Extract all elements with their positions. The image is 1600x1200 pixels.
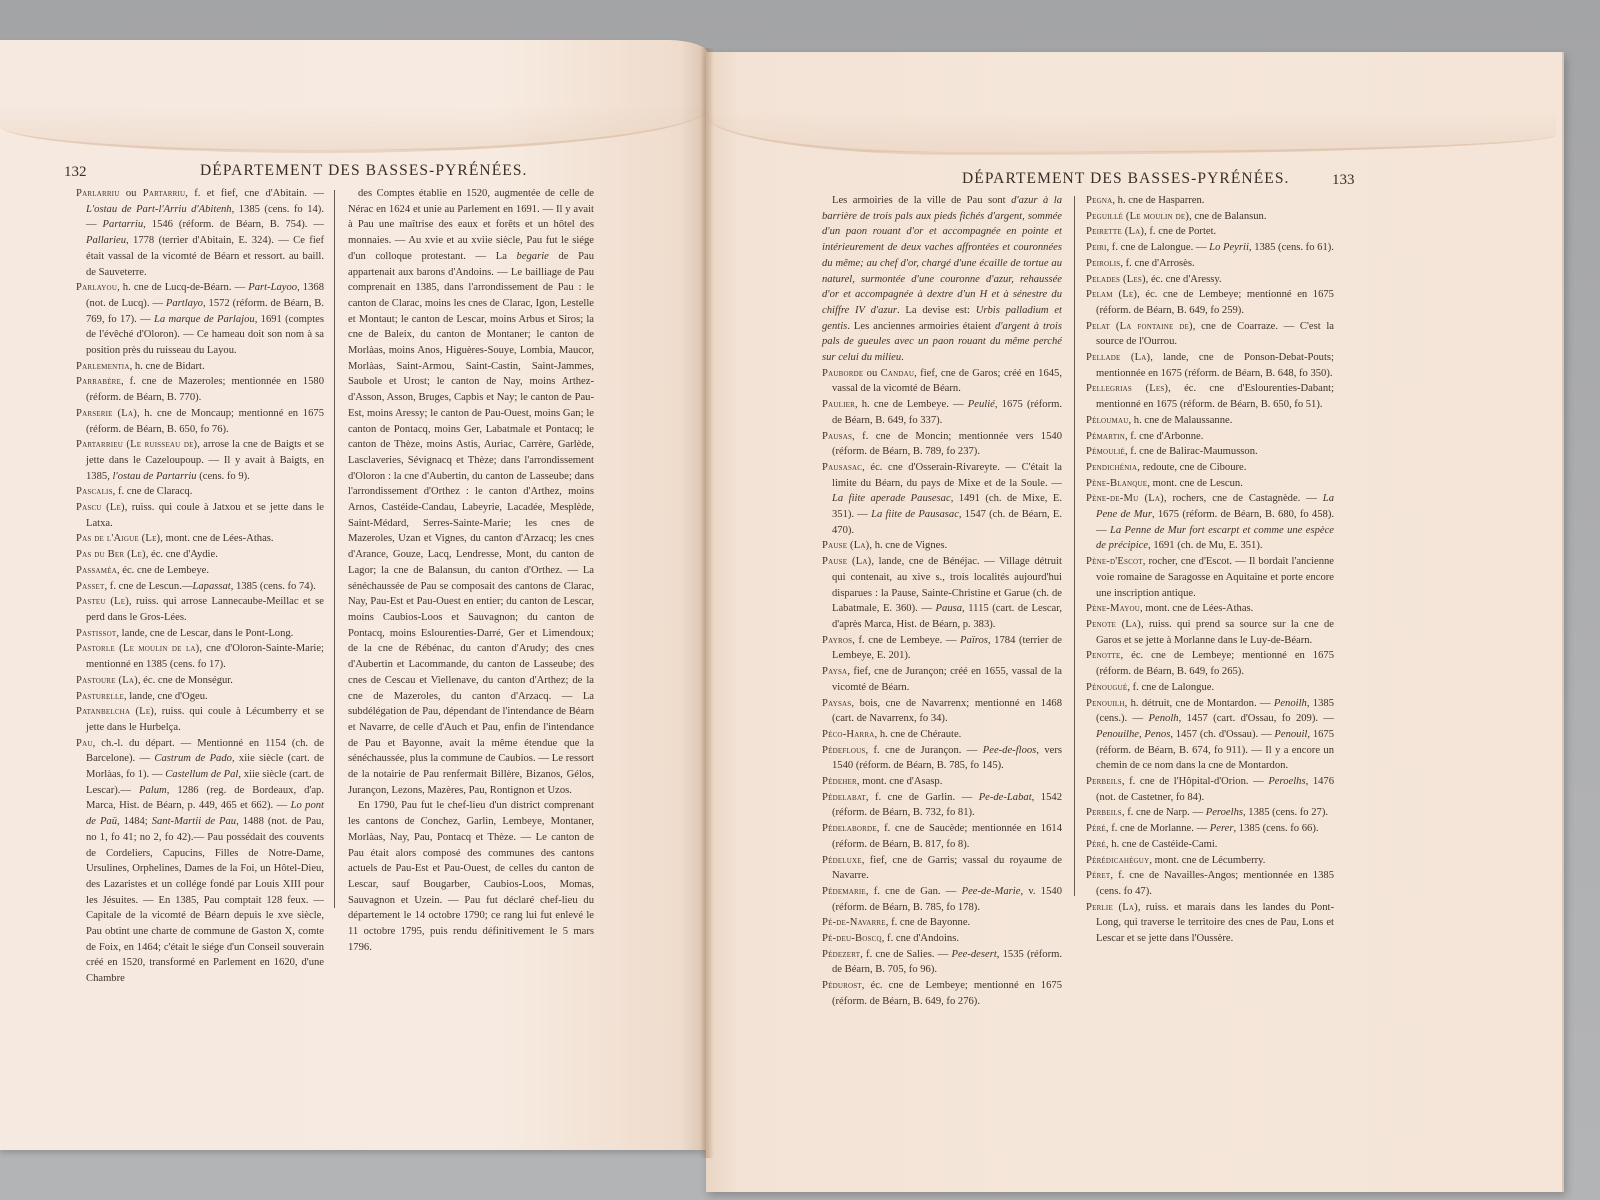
entry-headword: Pastissot	[76, 628, 116, 639]
dictionary-entry: Pédezert, f. cne de Salies. — Pee-desert…	[822, 947, 1062, 978]
entry-headword: Pelades (Les)	[1086, 274, 1146, 285]
entry-headword: Patanbelcha (Le)	[76, 706, 154, 717]
entry-headword: Pegna	[1086, 195, 1112, 206]
entry-text: , f. cne de Claracq.	[113, 486, 193, 497]
paragraph: des Comptes établie en 1520, augmentée d…	[348, 186, 594, 798]
entry-headword: Penotte	[1086, 650, 1121, 661]
entry-text: , lande, cne de Lescar, dans le Pont-Lon…	[116, 628, 293, 639]
running-head-left: DÉPARTEMENT DES BASSES-PYRÉNÉES.	[200, 162, 528, 180]
entry-text: , 1385 (cens. fo 61).	[1249, 242, 1334, 253]
entry-headword: Pé-de-Navarre	[822, 917, 886, 928]
water-stain-left	[0, 40, 708, 153]
entry-headword: Pasturelle	[76, 691, 124, 702]
dictionary-entry: Parlementia, h. cne de Bidart.	[76, 359, 324, 375]
entry-headword: Penouilh	[1086, 698, 1125, 709]
entry-headword: Peirolis	[1086, 258, 1120, 269]
dictionary-entry: Pène-d'Escot, rocher, cne d'Escot. — Il …	[1086, 554, 1334, 601]
entry-text: , éc. cne de Lembeye.	[117, 565, 209, 576]
entry-text: , lande, cne d'Ogeu.	[124, 691, 208, 702]
dictionary-entry: Peirolis, f. cne d'Arrosès.	[1086, 256, 1334, 272]
historical-form: d'azur à la barrière de trois pals aux p…	[822, 195, 1062, 316]
entry-headword: Pendichénia	[1086, 462, 1137, 473]
dictionary-entry: Penotte, éc. cne de Lembeye; mentionné e…	[1086, 648, 1334, 679]
dictionary-entry: Patanbelcha (Le), ruiss. qui coule à Léc…	[76, 704, 324, 735]
historical-form: Penouilhe, Penos	[1096, 729, 1170, 740]
dictionary-entry: Pédeher, mont. cne d'Asasp.	[822, 774, 1062, 790]
historical-form: Pausa	[936, 603, 962, 614]
entry-headword: Perbeils	[1086, 776, 1122, 787]
entry-headword: Pause (La)	[822, 540, 869, 551]
entry-headword: Pé-deu-Boscq	[822, 933, 882, 944]
entry-text: , f. cne de Balirac-Maumusson.	[1125, 446, 1258, 457]
entry-text: , h. cne de Chéraute.	[875, 729, 962, 740]
entry-headword: Pause (La)	[822, 556, 871, 567]
entry-text: , f. cne de Garlin. —	[866, 792, 979, 803]
dictionary-entry: Pasteu (Le), ruiss. qui arrose Lannecaub…	[76, 594, 324, 625]
dictionary-entry: Péloumau, h. cne de Malaussanne.	[1086, 413, 1334, 429]
entry-headword: Pène-d'Escot	[1086, 556, 1143, 567]
entry-headword: Péré	[1086, 839, 1106, 850]
dictionary-entry: Pérédicahéguy, mont. cne de Lécumberry.	[1086, 853, 1334, 869]
dictionary-entry: Pendichénia, redoute, cne de Ciboure.	[1086, 460, 1334, 476]
dictionary-entry: Peguillé (Le moulin de), cne de Balansun…	[1086, 209, 1334, 225]
dictionary-entry: Péco-Harra, h. cne de Chéraute.	[822, 727, 1062, 743]
dictionary-entry: Pelat (La fontaine de), cne de Coarraze.…	[1086, 319, 1334, 350]
historical-form: Castellum de Pal	[165, 769, 238, 780]
entry-text: Les armoiries de la ville de Pau sont	[832, 195, 1011, 206]
entry-text: , f. cne de Lalongue. —	[1107, 242, 1210, 253]
entry-text: , éc. cne de Lembeye; mentionné en 1675 …	[1096, 650, 1334, 677]
dictionary-entry: Pé-deu-Boscq, f. cne d'Andoins.	[822, 931, 1062, 947]
entry-text: , mont. cne de Lescun.	[1147, 478, 1243, 489]
dictionary-entry: Peiri, f. cne de Lalongue. — Lo Peyrii, …	[1086, 240, 1334, 256]
entry-headword: Pémoulié	[1086, 446, 1125, 457]
historical-form: begarie	[517, 251, 549, 262]
historical-form: l'ostau de Partarriu	[112, 471, 196, 482]
historical-form: Partarriu	[103, 219, 144, 230]
dictionary-entry: Pegna, h. cne de Hasparren.	[1086, 193, 1334, 209]
entry-headword: Peirette (La)	[1086, 226, 1144, 237]
dictionary-entry: Pauborde ou Candau, fief, cne de Garos; …	[822, 366, 1062, 397]
entry-headword: Pausasac	[822, 462, 862, 473]
dictionary-entry: Pelam (Le), éc. cne de Lembeye; mentionn…	[1086, 287, 1334, 318]
entry-text: , h. cne de Castéide-Cami.	[1106, 839, 1218, 850]
entry-text: , h. cne de Bidart.	[130, 361, 205, 372]
entry-text: ou	[119, 188, 142, 199]
entry-text: , h. cne de Malaussanne.	[1129, 415, 1233, 426]
entry-text: , h. cne de Hasparren.	[1112, 195, 1204, 206]
dictionary-entry: Pédeflous, f. cne de Jurançon. — Pee-de-…	[822, 743, 1062, 774]
historical-form: Sant-Martii de Pau	[152, 816, 236, 827]
entry-text: .	[901, 352, 904, 363]
entry-text: , 1457 (ch. d'Ossau). —	[1170, 729, 1274, 740]
dictionary-entry: Parrabère, f. cne de Mazeroles; mentionn…	[76, 374, 324, 405]
entry-text: , 1385 (cens. fo 74).	[231, 581, 316, 592]
dictionary-entry: Pausasac, éc. cne d'Osserain-Rivareyte. …	[822, 460, 1062, 539]
entry-headword: Pausas	[822, 431, 852, 442]
page-number-left: 132	[64, 164, 87, 181]
entry-text: (cens. fo 9).	[197, 471, 250, 482]
dictionary-entry: Pène-Mayou, mont. cne de Lées-Athas.	[1086, 601, 1334, 617]
historical-form: La fiite de Pausasac	[871, 509, 959, 520]
entry-text: , f. cne de Jurançon. —	[865, 745, 982, 756]
historical-form: Pallarieu	[86, 235, 126, 246]
entry-headword: Pédeher	[822, 776, 857, 787]
entry-headword: Pédelaborde	[822, 823, 877, 834]
entry-text: , 1691 (ch. de Mu, E. 351).	[1148, 540, 1262, 551]
historical-form: Castrum de Pado	[154, 753, 232, 764]
entry-headword: Peguillé (Le moulin de)	[1086, 211, 1189, 222]
entry-headword: Paulier	[822, 399, 855, 410]
entry-headword: Pelat (La fontaine de)	[1086, 321, 1193, 332]
entry-headword: Pascalis	[76, 486, 113, 497]
dictionary-entry: Pémartin, f. cne d'Arbonne.	[1086, 429, 1334, 445]
entry-headword: Pédemarie	[822, 886, 866, 897]
entry-text: ou	[863, 368, 880, 379]
historical-form: Lapassat	[192, 581, 230, 592]
entry-headword: Pène-Blanque	[1086, 478, 1147, 489]
entry-text: , éc. cne d'Aydie.	[146, 549, 218, 560]
entry-text: , éc. cne de Lembeye; mentionné en 1675 …	[832, 980, 1062, 1007]
historical-form: Pe-de-Labat	[979, 792, 1032, 803]
entry-headword: Péloumau	[1086, 415, 1129, 426]
entry-headword: Pédezert	[822, 949, 860, 960]
entry-text: , 1385 (cens. fo 27).	[1243, 807, 1328, 818]
dictionary-entry: Peirette (La), f. cne de Portet.	[1086, 224, 1334, 240]
historical-form: Peroelhs	[1206, 807, 1243, 818]
entry-text: . Les anciennes armoiries étaient	[847, 321, 995, 332]
dictionary-entry: Péret, f. cne de Navailles-Angos; mentio…	[1086, 868, 1334, 899]
dictionary-entry: Pastoure (La), éc. cne de Monségur.	[76, 673, 324, 689]
entry-text: , mont. cne d'Asasp.	[857, 776, 942, 787]
dictionary-entry: Parlarriu ou Partarriu, f. et fief, cne …	[76, 186, 324, 280]
dictionary-entry: Pasturelle, lande, cne d'Ogeu.	[76, 689, 324, 705]
entry-headword: Pénougué	[1086, 682, 1127, 693]
dictionary-entry: Pédeluxe, fief, cne de Garris; vassal du…	[822, 853, 1062, 884]
dictionary-entry: Pénougué, f. cne de Lalongue.	[1086, 680, 1334, 696]
entry-text: . La devise est:	[897, 305, 976, 316]
entry-text: , 1385 (cens. fo 66).	[1234, 823, 1319, 834]
entry-headword: Passaméa	[76, 565, 117, 576]
paragraph: Les armoiries de la ville de Pau sont d'…	[822, 193, 1062, 366]
entry-text: , f. cne de Bayonne.	[886, 917, 970, 928]
historical-form: Penoilh	[1274, 698, 1307, 709]
historical-form: Pee-de-Marie	[962, 886, 1021, 897]
entry-headword: Parlementia	[76, 361, 130, 372]
historical-form: Païros	[960, 635, 988, 646]
right-page-column-1: Les armoiries de la ville de Pau sont d'…	[822, 193, 1062, 1010]
entry-headword: Pelam (Le)	[1086, 289, 1137, 300]
entry-text: , éc. cne de Monségur.	[138, 675, 233, 686]
entry-text: , rochers, cne de Castagnède. —	[1164, 493, 1323, 504]
entry-text: , fief, cne de Jurançon; créé en 1655, v…	[832, 666, 1062, 693]
entry-headword: Candau	[881, 368, 915, 379]
entry-headword: Pérédicahéguy	[1086, 855, 1149, 866]
historical-form: La fiite aperade Pausesac	[832, 493, 951, 504]
dictionary-entry: Penouilh, h. détruit, cne de Montardon. …	[1086, 696, 1334, 775]
dictionary-entry: Pastissot, lande, cne de Lescar, dans le…	[76, 626, 324, 642]
dictionary-entry: Parlayou, h. cne de Lucq-de-Béarn. — Par…	[76, 280, 324, 359]
dictionary-entry: Paysa, fief, cne de Jurançon; créé en 16…	[822, 664, 1062, 695]
column-rule-right	[1074, 196, 1075, 896]
entry-headword: Pauborde	[822, 368, 863, 379]
entry-headword: Parserie (La)	[76, 408, 137, 419]
entry-text: , mont. cne de Lées-Athas.	[1140, 603, 1253, 614]
dictionary-entry: Penote (La), ruiss. qui prend sa source …	[1086, 617, 1334, 648]
entry-text: , f. cne de Moncin; mentionnée vers 1540…	[832, 431, 1062, 458]
entry-text: , h. cne de Lembeye. —	[855, 399, 968, 410]
entry-text: , mont. cne de Lécumberry.	[1149, 855, 1265, 866]
entry-headword: Pascu (Le)	[76, 502, 125, 513]
dictionary-entry: Pause (La), lande, cne de Bénéjac. — Vil…	[822, 554, 1062, 633]
dictionary-entry: Paulier, h. cne de Lembeye. — Peulié, 16…	[822, 397, 1062, 428]
entry-headword: Pellegrias (Les)	[1086, 383, 1168, 394]
entry-text: , f. et fief, cne d'Abitain. —	[185, 188, 324, 199]
historical-form: Peulié	[968, 399, 995, 410]
entry-text: , f. cne de Lembeye. —	[852, 635, 960, 646]
running-head-right: DÉPARTEMENT DES BASSES-PYRÉNÉES.	[962, 170, 1290, 188]
entry-text: , f. cne d'Andoins.	[882, 933, 959, 944]
entry-headword: Parlayou	[76, 282, 117, 293]
historical-form: Partlayo	[166, 298, 203, 309]
entry-text: , f. cne de Gan. —	[866, 886, 962, 897]
entry-text: , h. cne de Lucq-de-Béarn. —	[117, 282, 248, 293]
dictionary-entry: Pas de l'Aigue (Le), mont. cne de Lées-A…	[76, 531, 324, 547]
entry-headword: Pastoure (La)	[76, 675, 138, 686]
dictionary-entry: Pas du Ber (Le), éc. cne d'Aydie.	[76, 547, 324, 563]
book-gutter	[700, 48, 714, 1158]
left-page-column-2: des Comptes établie en 1520, augmentée d…	[348, 186, 594, 955]
entry-text: , cne de Balansun.	[1189, 211, 1266, 222]
entry-headword: Pédelabat	[822, 792, 866, 803]
historical-form: La marque de Parlajou	[154, 314, 255, 325]
entry-headword: Partarriu	[143, 188, 186, 199]
right-page-column-2: Pegna, h. cne de Hasparren.Peguillé (Le …	[1086, 193, 1334, 947]
dictionary-entry: Pellade (La), lande, cne de Ponson-Debat…	[1086, 350, 1334, 381]
dictionary-entry: Pelades (Les), éc. cne d'Aressy.	[1086, 272, 1334, 288]
entry-text: , f. cne de Lescun.—	[105, 581, 193, 592]
entry-headword: Pellade (La)	[1086, 352, 1150, 363]
entry-headword: Pémartin	[1086, 431, 1125, 442]
dictionary-entry: Pascalis, f. cne de Claracq.	[76, 484, 324, 500]
entry-text: , f. cne de Mazeroles; mentionnée en 158…	[86, 376, 324, 403]
historical-form: L'ostau de Part-l'Arriu d'Abitenh	[86, 204, 232, 215]
dictionary-entry: Pène-Blanque, mont. cne de Lescun.	[1086, 476, 1334, 492]
historical-form: Palum	[139, 785, 167, 796]
dictionary-entry: Pémoulié, f. cne de Balirac-Maumusson.	[1086, 444, 1334, 460]
entry-headword: Payros	[822, 635, 852, 646]
entry-text: , h. cne de Vignes.	[869, 540, 947, 551]
entry-text: , f. cne d'Arrosès.	[1120, 258, 1194, 269]
entry-headword: Pas du Ber (Le)	[76, 549, 146, 560]
entry-text: , f. cne de Portet.	[1144, 226, 1216, 237]
dictionary-entry: Pellegrias (Les), éc. cne d'Eslourenties…	[1086, 381, 1334, 412]
dictionary-entry: Pau, ch.-l. du départ. — Mentionné en 11…	[76, 736, 324, 987]
entry-headword: Perlie (La)	[1086, 902, 1138, 913]
dictionary-entry: Pause (La), h. cne de Vignes.	[822, 538, 1062, 554]
dictionary-entry: Pausas, f. cne de Moncin; mentionnée ver…	[822, 429, 1062, 460]
entry-text: , mont. cne de Lées-Athas.	[160, 533, 273, 544]
entry-headword: Perbeils	[1086, 807, 1122, 818]
entry-headword: Péco-Harra	[822, 729, 875, 740]
dictionary-entry: Perbeils, f. cne de l'Hôpital-d'Orion. —…	[1086, 774, 1334, 805]
entry-headword: Pasteu (Le)	[76, 596, 129, 607]
entry-text: de Pau appartenait aux barons d'Andoins.…	[348, 251, 594, 796]
dictionary-entry: Péré, f. cne de Morlanne. — Perer, 1385 …	[1086, 821, 1334, 837]
entry-text: , éc. cne d'Osserain-Rivareyte. — C'étai…	[832, 462, 1062, 489]
entry-text: , f. cne de Morlanne. —	[1106, 823, 1210, 834]
dictionary-entry: Perbeils, f. cne de Narp. — Peroelhs, 13…	[1086, 805, 1334, 821]
entry-headword: Pau	[76, 738, 93, 749]
dictionary-entry: Pastorle (Le moulin de la), cne d'Oloron…	[76, 641, 324, 672]
historical-form: Peroelhs	[1268, 776, 1305, 787]
dictionary-entry: Pédurost, éc. cne de Lembeye; mentionné …	[822, 978, 1062, 1009]
entry-headword: Peiri	[1086, 242, 1107, 253]
historical-form: Part-Layoo	[248, 282, 297, 293]
entry-headword: Pédeflous	[822, 745, 865, 756]
entry-text: En 1790, Pau fut le chef-lieu d'un distr…	[348, 800, 594, 952]
entry-headword: Pène-Mayou	[1086, 603, 1140, 614]
entry-headword: Parrabère	[76, 376, 121, 387]
dictionary-entry: Paysas, bois, cne de Navarrenx; mentionn…	[822, 696, 1062, 727]
entry-text: , 1546 (réform. de Béarn, B. 754). —	[143, 219, 324, 230]
entry-text: , f. cne de Salies. —	[860, 949, 951, 960]
entry-text: , fief, cne de Garris; vassal du royaume…	[832, 855, 1062, 882]
entry-headword: Parlarriu	[76, 188, 119, 199]
dictionary-entry: Pé-de-Navarre, f. cne de Bayonne.	[822, 915, 1062, 931]
entry-headword: Penote (La)	[1086, 619, 1141, 630]
dictionary-entry: Pédemarie, f. cne de Gan. — Pee-de-Marie…	[822, 884, 1062, 915]
dictionary-entry: Parserie (La), h. cne de Moncaup; mentio…	[76, 406, 324, 437]
entry-headword: Pédeluxe	[822, 855, 862, 866]
entry-headword: Pastorle (Le moulin de la)	[76, 643, 199, 654]
entry-text: , éc. cne d'Aressy.	[1146, 274, 1222, 285]
entry-headword: Pas de l'Aigue (Le)	[76, 533, 160, 544]
dictionary-entry: Pascu (Le), ruiss. qui coule à Jatxou et…	[76, 500, 324, 531]
paragraph: En 1790, Pau fut le chef-lieu d'un distr…	[348, 798, 594, 955]
entry-headword: Partarrieu (Le ruisseau de)	[76, 439, 197, 450]
entry-headword: Pédurost	[822, 980, 862, 991]
dictionary-entry: Pédelaborde, f. cne de Saucède; mentionn…	[822, 821, 1062, 852]
entry-text: , f. cne d'Arbonne.	[1125, 431, 1203, 442]
historical-form: Pee-desert	[951, 949, 996, 960]
historical-form: Pee-de-floos	[983, 745, 1037, 756]
entry-text: , redoute, cne de Ciboure.	[1137, 462, 1246, 473]
entry-text: , h. détruit, cne de Montardon. —	[1125, 698, 1274, 709]
dictionary-entry: Payros, f. cne de Lembeye. — Païros, 178…	[822, 633, 1062, 664]
water-stain-right	[706, 52, 1556, 155]
dictionary-entry: Perlie (La), ruiss. et marais dans les l…	[1086, 900, 1334, 947]
entry-text: , 1488 (not. de Pau, no 1, fo 41; no 2, …	[86, 816, 324, 984]
entry-headword: Paysas	[822, 698, 851, 709]
entry-text: , f. cne de Navailles-Angos; mentionnée …	[1096, 870, 1334, 897]
column-rule-left	[334, 190, 335, 908]
left-page-column-1: Parlarriu ou Partarriu, f. et fief, cne …	[76, 186, 324, 987]
entry-text: , 1484;	[117, 816, 152, 827]
entry-headword: Passet	[76, 581, 105, 592]
entry-headword: Péret	[1086, 870, 1110, 881]
historical-form: Penouil	[1274, 729, 1307, 740]
dictionary-entry: Passet, f. cne de Lescun.—Lapassat, 1385…	[76, 579, 324, 595]
dictionary-entry: Passaméa, éc. cne de Lembeye.	[76, 563, 324, 579]
entry-text: , f. cne de l'Hôpital-d'Orion. —	[1122, 776, 1268, 787]
entry-text: , 1457 (cart. d'Ossau, fo 209). —	[1179, 713, 1334, 724]
entry-headword: Péré	[1086, 823, 1106, 834]
page-number-right: 133	[1332, 172, 1355, 189]
entry-headword: Paysa	[822, 666, 847, 677]
entry-headword: Pène-de-Mu (La)	[1086, 493, 1164, 504]
dictionary-entry: Partarrieu (Le ruisseau de), arrose la c…	[76, 437, 324, 484]
dictionary-entry: Péré, h. cne de Castéide-Cami.	[1086, 837, 1334, 853]
historical-form: Perer	[1210, 823, 1234, 834]
historical-form: Penolh	[1149, 713, 1179, 724]
dictionary-entry: Pédelabat, f. cne de Garlin. — Pe-de-Lab…	[822, 790, 1062, 821]
entry-text: , bois, cne de Navarrenx; mentionné en 1…	[832, 698, 1062, 725]
dictionary-entry: Pène-de-Mu (La), rochers, cne de Castagn…	[1086, 491, 1334, 554]
historical-form: Lo Peyrii	[1209, 242, 1249, 253]
entry-text: , f. cne de Narp. —	[1122, 807, 1206, 818]
entry-text: , f. cne de Lalongue.	[1127, 682, 1214, 693]
